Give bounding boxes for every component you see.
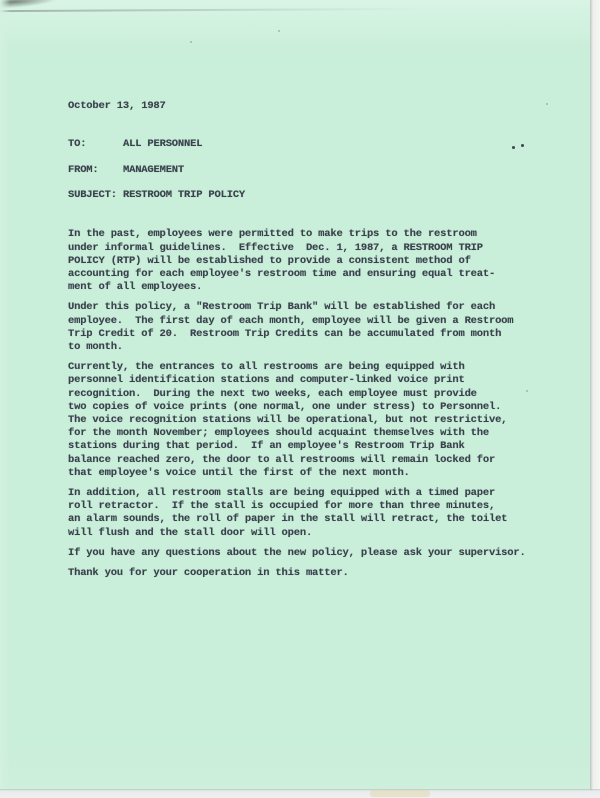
memo-header-row-to: TO: ALL PERSONNEL: [68, 138, 568, 151]
scanned-memo-screenshot: October 13, 1987 TO: ALL PERSONNEL FROM:…: [0, 0, 600, 798]
memo-paragraph-3: Currently, the entrances to all restroom…: [68, 361, 568, 480]
scanner-bottom-tint: [370, 790, 430, 797]
scan-speck: [526, 390, 528, 392]
memo-to-label: TO:: [68, 138, 123, 151]
scan-artifact-dot: [521, 144, 524, 147]
scan-speck: [278, 30, 280, 32]
memo-paragraph-2: Under this policy, a "Restroom Trip Bank…: [68, 301, 568, 354]
memo-paragraph-5: If you have any questions about the new …: [68, 547, 568, 560]
memo-from-label: FROM:: [68, 164, 123, 177]
memo-header-row-subject: SUBJECT: RESTROOM TRIP POLICY: [68, 189, 568, 202]
memo-subject-label: SUBJECT:: [68, 189, 123, 202]
memo-header-row-from: FROM: MANAGEMENT: [68, 164, 568, 177]
scan-artifact-dot: [512, 146, 515, 149]
memo-paragraph-1: In the past, employees were permitted to…: [68, 228, 568, 294]
memo-content: October 13, 1987 TO: ALL PERSONNEL FROM:…: [68, 100, 568, 587]
memo-from-value: MANAGEMENT: [123, 164, 184, 177]
scanner-bottom-edge: [0, 789, 600, 798]
scanner-right-edge: [590, 0, 600, 798]
memo-paragraph-6: Thank you for your cooperation in this m…: [68, 567, 568, 580]
paper-left-edge-highlight: [0, 0, 10, 790]
memo-date: October 13, 1987: [68, 100, 568, 113]
scan-speck: [355, 231, 357, 233]
scan-speck: [546, 103, 548, 105]
memo-to-value: ALL PERSONNEL: [123, 138, 202, 151]
memo-subject-value: RESTROOM TRIP POLICY: [123, 189, 245, 202]
scan-speck: [190, 41, 192, 43]
memo-paragraph-4: In addition, all restroom stalls are bei…: [68, 487, 568, 540]
paper-top-curl: [0, 0, 590, 46]
